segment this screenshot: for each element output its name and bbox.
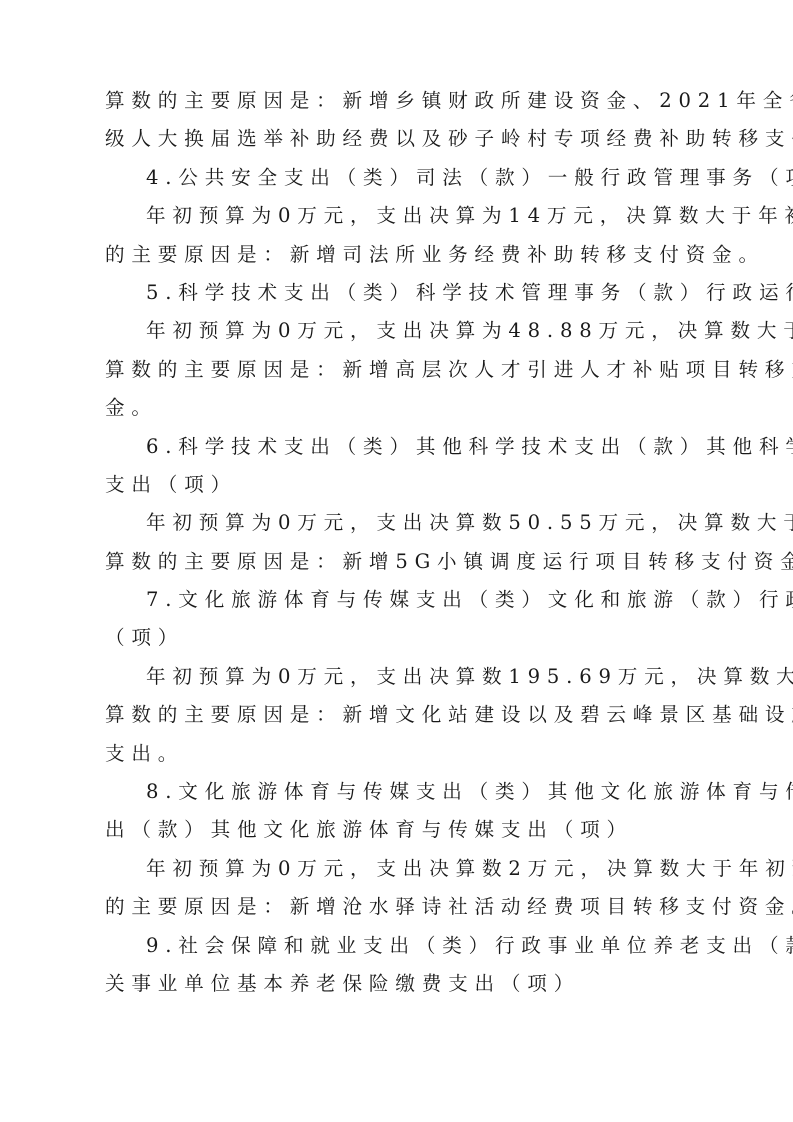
body-line: 金。	[105, 389, 693, 427]
section-heading-5: 5.科学技术支出（类）科学技术管理事务（款）行政运行（项）	[105, 274, 693, 312]
section-heading-7: 7.文化旅游体育与传媒支出（类）文化和旅游（款）行政运行	[105, 581, 693, 619]
section-heading-9-continued: 关事业单位基本养老保险缴费支出（项）	[105, 965, 693, 1003]
body-line: 年初预算为0万元，支出决算为14万元，决算数大于年初预算数	[105, 197, 693, 235]
section-heading-4: 4.公共安全支出（类）司法（款）一般行政管理事务（项）	[105, 159, 693, 197]
body-line: 算数的主要原因是：新增高层次人才引进人才补贴项目转移支付资	[105, 351, 693, 389]
section-heading-7-continued: （项）	[105, 619, 693, 657]
body-line: 年初预算为0万元，支出决算数195.69万元，决算数大于年初预	[105, 658, 693, 696]
body-line: 级人大换届选举补助经费以及砂子岭村专项经费补助转移支付资金。	[105, 120, 693, 158]
body-line: 支出。	[105, 735, 693, 773]
section-heading-6: 6.科学技术支出（类）其他科学技术支出（款）其他科学技术	[105, 428, 693, 466]
section-heading-8: 8.文化旅游体育与传媒支出（类）其他文化旅游体育与传媒支	[105, 773, 693, 811]
section-heading-9: 9.社会保障和就业支出（类）行政事业单位养老支出（款）机	[105, 927, 693, 965]
body-line: 年初预算为0万元，支出决算数50.55万元，决算数大于年初预	[105, 504, 693, 542]
section-heading-8-continued: 出（款）其他文化旅游体育与传媒支出（项）	[105, 811, 693, 849]
body-line: 算数的主要原因是：新增文化站建设以及碧云峰景区基础设施完善	[105, 696, 693, 734]
body-line: 年初预算为0万元，支出决算数2万元，决算数大于年初预算数	[105, 850, 693, 888]
body-line: 算数的主要原因是：新增乡镇财政所建设资金、2021年全省县乡两	[105, 82, 693, 120]
body-line: 算数的主要原因是：新增5G小镇调度运行项目转移支付资金。	[105, 543, 693, 581]
body-line: 的主要原因是：新增司法所业务经费补助转移支付资金。	[105, 236, 693, 274]
section-heading-6-continued: 支出（项）	[105, 466, 693, 504]
body-line: 年初预算为0万元，支出决算为48.88万元，决算数大于年初预	[105, 312, 693, 350]
document-page: 算数的主要原因是：新增乡镇财政所建设资金、2021年全省县乡两 级人大换届选举补…	[105, 82, 693, 1003]
body-line: 的主要原因是：新增沧水驿诗社活动经费项目转移支付资金。	[105, 888, 693, 926]
